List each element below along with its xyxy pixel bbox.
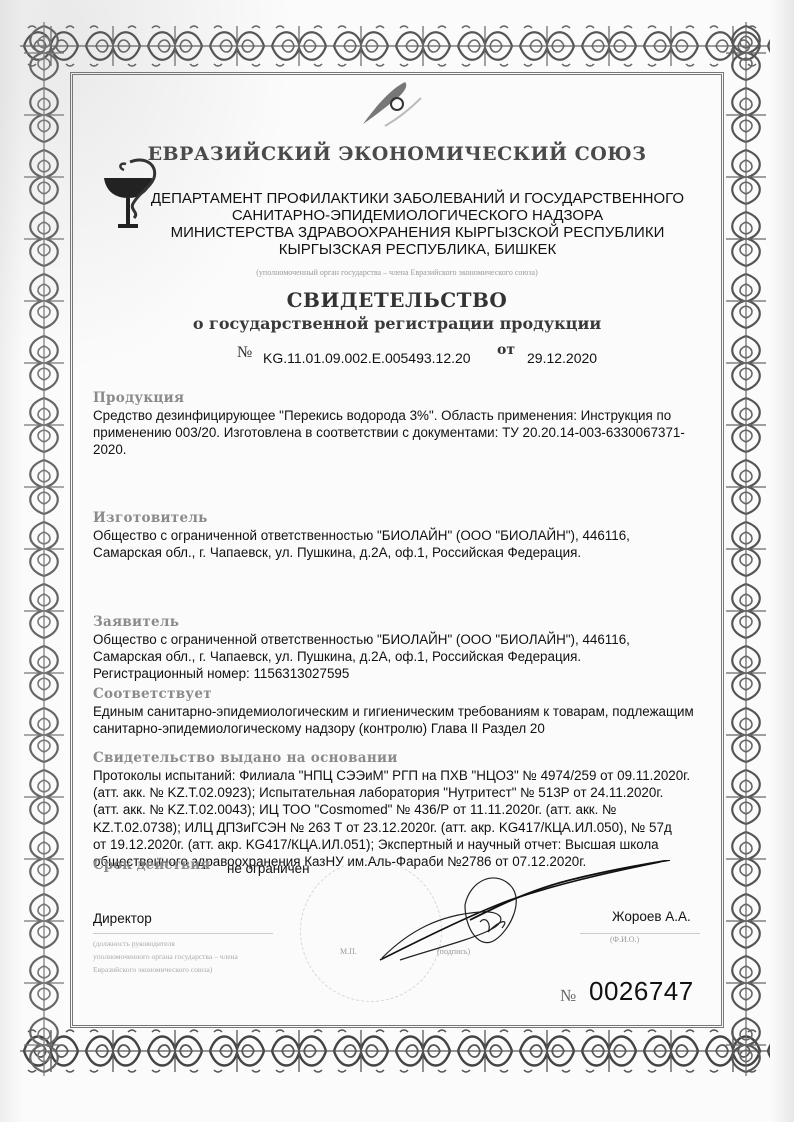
text-line: Единым санитарно-эпидемиологическим и ги…: [93, 703, 713, 720]
ornament-border-bottom: [20, 1026, 770, 1076]
caption-line: Евразийского экономического союза): [93, 963, 293, 976]
text-line: Общество с ограниченной ответственностью…: [93, 631, 713, 648]
department-line: САНИТАРНО-ЭПИДЕМИОЛОГИЧЕСКОГО НАДЗОРА: [140, 207, 695, 224]
position-underline: [93, 933, 273, 934]
section-body: Единым санитарно-эпидемиологическим и ги…: [93, 703, 713, 737]
text-line: 2020.: [93, 441, 713, 458]
registration-number: KG.11.01.09.002.E.005493.12.20: [263, 350, 471, 366]
eaeu-logo-icon: [355, 78, 425, 128]
validity-value: не ограничен: [227, 861, 309, 876]
stamp-label: М.П.: [340, 947, 357, 956]
name-underline: [580, 933, 700, 934]
validity-label: Срок действия: [93, 857, 210, 873]
text-line: применению 003/20. Изготовлена в соответ…: [93, 424, 713, 441]
text-line: Общество с ограниченной ответственностью…: [93, 527, 713, 544]
text-line: Средство дезинфицирующее "Перекись водор…: [93, 407, 713, 424]
section-heading: Заявитель: [93, 613, 713, 631]
department-line: МИНИСТЕРСТВА ЗДРАВООХРАНЕНИЯ КЫРГЫЗСКОЙ …: [140, 224, 695, 241]
caption-line: (должность руководителя: [93, 937, 293, 950]
ornament-border-top: [20, 22, 770, 70]
ornament-border-left: [20, 22, 68, 1076]
text-line: Самарская обл., г. Чапаевск, ул. Пушкина…: [93, 648, 713, 665]
certificate-title: СВИДЕТЕЛЬСТВО: [0, 288, 794, 312]
section-heading: Соответствует: [93, 685, 713, 703]
text-line: KZ.T.02.0738); ИЛЦ ДПЗиГСЭН № 263 Т от 2…: [93, 819, 713, 836]
section-heading: Свидетельство выдано на основании: [93, 749, 713, 767]
union-title: ЕВРАЗИЙСКИЙ ЭКОНОМИЧЕСКИЙ СОЮЗ: [0, 143, 794, 165]
section-manufacturer: Изготовитель Общество с ограниченной отв…: [93, 509, 713, 561]
department-line: ДЕПАРТАМЕНТ ПРОФИЛАКТИКИ ЗАБОЛЕВАНИЙ И Г…: [140, 190, 695, 207]
text-line: Протоколы испытаний: Филиала "НПЦ СЭЭиМ"…: [93, 767, 713, 784]
position-caption: (должность руководителя уполномоченного …: [93, 937, 293, 976]
text-line: Регистрационный номер: 1156313027595: [93, 665, 713, 682]
section-body: Протоколы испытаний: Филиала "НПЦ СЭЭиМ"…: [93, 767, 713, 870]
caption-line: уполномоченного органа государства – чле…: [93, 950, 293, 963]
from-label: от: [497, 342, 515, 358]
text-line: Самарская обл., г. Чапаевск, ул. Пушкина…: [93, 544, 713, 561]
director-position: Директор: [93, 911, 152, 926]
ornament-border-right: [722, 22, 770, 1076]
serial-number-sign: №: [560, 986, 576, 1006]
text-line: санитарно-эпидемиологическому надзору (к…: [93, 720, 713, 737]
section-applicant: Заявитель Общество с ограниченной ответс…: [93, 613, 713, 683]
serial-number: 0026747: [589, 976, 694, 1007]
section-conforms: Соответствует Единым санитарно-эпидемиол…: [93, 685, 713, 737]
section-heading: Изготовитель: [93, 509, 713, 527]
number-sign: №: [237, 344, 252, 362]
section-heading: Продукция: [93, 389, 713, 407]
section-basis: Свидетельство выдано на основании Проток…: [93, 749, 713, 870]
section-body: Общество с ограниченной ответственностью…: [93, 527, 713, 561]
authority-note: (уполномоченный орган государства – член…: [0, 268, 794, 277]
director-name: Жороев А.А.: [612, 909, 691, 924]
certificate-subtitle: о государственной регистрации продукции: [0, 314, 794, 333]
text-line: от 19.12.2020г. (атт. акр. KG417/КЦА.ИЛ.…: [93, 836, 713, 853]
section-body: Общество с ограниченной ответственностью…: [93, 631, 713, 683]
text-line: (атт. акк. № KZ.T.02.0043); ИЦ ТОО "Cosm…: [93, 801, 713, 818]
department-line: КЫРГЫЗСКАЯ РЕСПУБЛИКА, БИШКЕК: [140, 241, 695, 258]
registration-date: 29.12.2020: [527, 350, 597, 366]
text-line: (атт. акк. № KZ.T.02.0923); Испытательна…: [93, 784, 713, 801]
registration-number-row: № KG.11.01.09.002.E.005493.12.20 от 29.1…: [237, 342, 637, 372]
department-heading: ДЕПАРТАМЕНТ ПРОФИЛАКТИКИ ЗАБОЛЕВАНИЙ И Г…: [140, 190, 695, 258]
serial-number-row: № 0026747: [560, 972, 720, 1012]
section-product: Продукция Средство дезинфицирующее "Пере…: [93, 389, 713, 459]
section-body: Средство дезинфицирующее "Перекись водор…: [93, 407, 713, 459]
name-caption: (Ф.И.О.): [610, 935, 639, 944]
